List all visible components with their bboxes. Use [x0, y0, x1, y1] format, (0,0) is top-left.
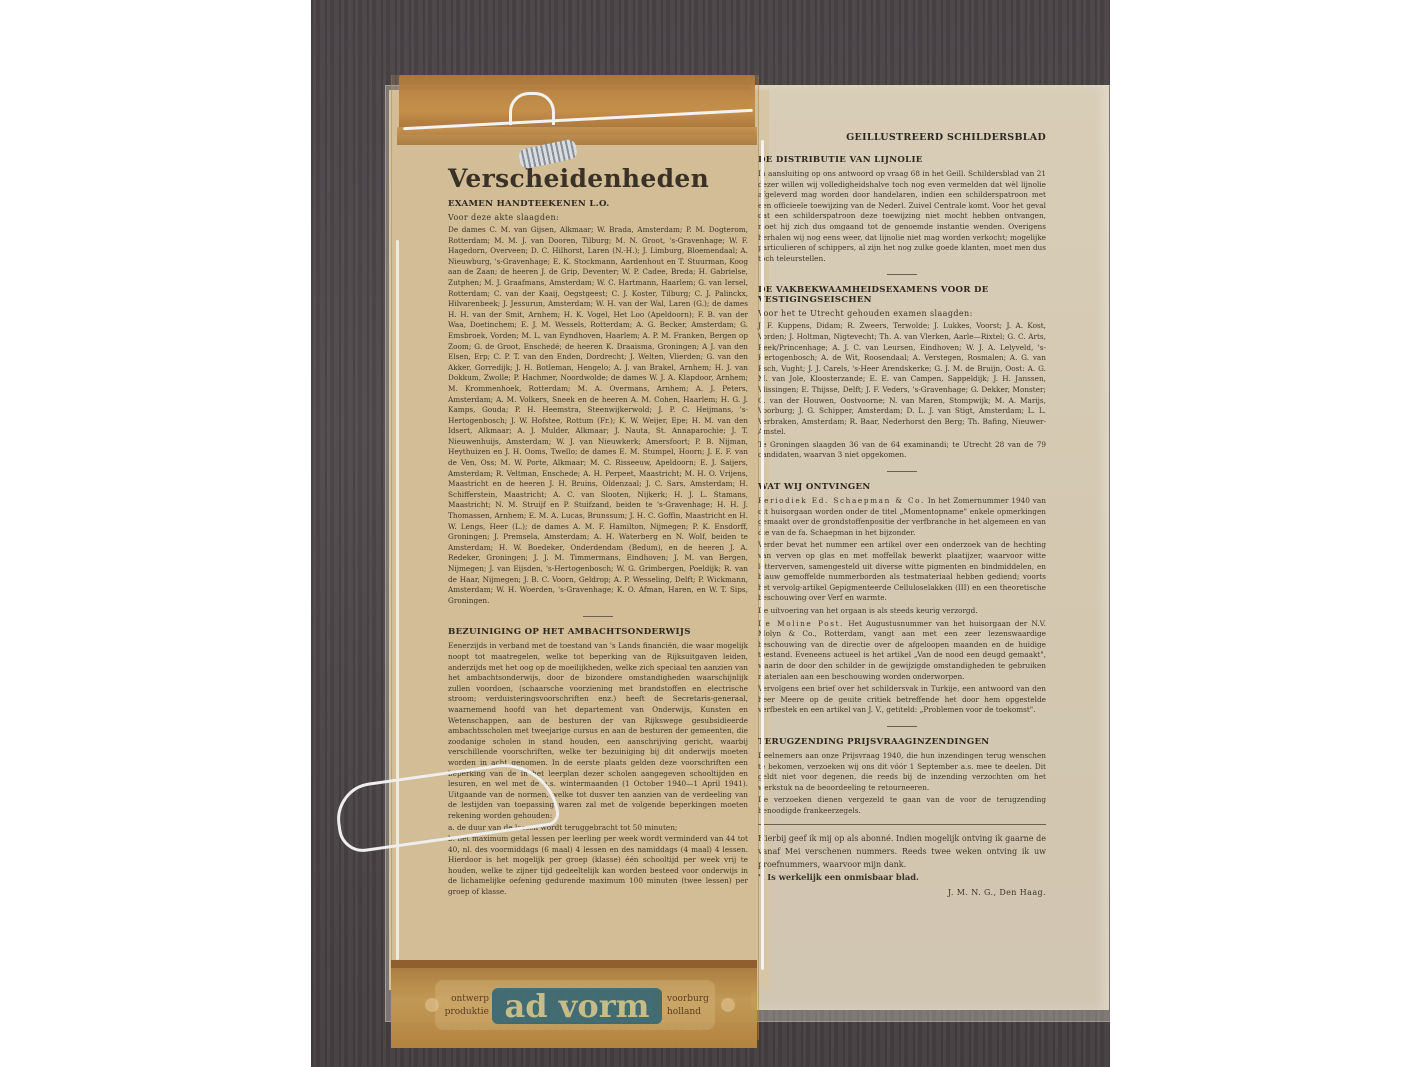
- page-title: Verscheidenheden: [448, 164, 748, 193]
- brand-logo: ad vorm: [492, 988, 662, 1024]
- section-heading-bezuiniging: BEZUINIGING OP HET AMBACHTSONDERWIJS: [448, 627, 748, 637]
- hanging-string-loop[interactable]: [509, 92, 555, 125]
- section-heading-terugzending: TERUGZENDING PRIJSVRAAGINZENDINGEN: [758, 737, 1046, 747]
- terugzending-para-1: Deelnemers aan onze Prijsvraag 1940, die…: [758, 751, 1046, 793]
- periodical-name: De Moline Post.: [758, 619, 844, 628]
- masthead: GEILLUSTREERD SCHILDERSBLAD: [758, 132, 1046, 143]
- section-heading-lijnolie: DE DISTRIBUTIE VAN LIJNOLIE: [758, 155, 1046, 165]
- periodical-name: Periodiek Ed. Schaepman & Co.: [758, 496, 925, 505]
- section-intro: Voor het te Utrecht gehouden examen slaa…: [758, 309, 1046, 318]
- vakbekwaamheid-footer: Te Groningen slaagden 36 van de 64 exami…: [758, 440, 1046, 461]
- brand-plate: ontwerp produktie ad vorm voorburg holla…: [435, 980, 715, 1030]
- section-heading-vakbekwaamheid: DE VAKBEKWAAMHEIDSEXAMENS VOOR DE VESTIG…: [758, 285, 1046, 305]
- testimonial-bold-line: 't Is werkelijk een onmisbaar blad.: [758, 871, 1046, 884]
- list-item: b. het maximum getal lessen per leerling…: [448, 834, 748, 898]
- ontvingen-para-2: Verder bevat het nummer een artikel over…: [758, 540, 1046, 604]
- holder-bottom-bar: ontwerp produktie ad vorm voorburg holla…: [391, 960, 757, 1048]
- ontvingen-para-5: Vervolgens een brief over het schildersv…: [758, 684, 1046, 716]
- rivet-icon: [721, 998, 735, 1012]
- section-intro: Voor deze akte slaagden:: [448, 213, 748, 222]
- terugzending-para-2: De verzoeken dienen vergezeld te gaan va…: [758, 795, 1046, 816]
- testimonial-text: Hierbij geef ik mij op als abonné. Indie…: [758, 832, 1046, 871]
- ontvingen-para-4: De Moline Post. Het Augustusnummer van h…: [758, 619, 1046, 683]
- brand-text-right: voorburg holland: [667, 993, 713, 1019]
- right-page-content: GEILLUSTREERD SCHILDERSBLAD DE DISTRIBUT…: [758, 132, 1046, 897]
- section-divider: [887, 726, 917, 727]
- photo: Verscheidenheden EXAMEN HANDTEEKENEN L.O…: [311, 0, 1110, 1067]
- hanging-string-left[interactable]: [396, 240, 399, 960]
- ontvingen-para-1: Periodiek Ed. Schaepman & Co. In het Zom…: [758, 496, 1046, 538]
- hanging-string-right[interactable]: [761, 140, 764, 970]
- testimonial-signature: J. M. N. G., Den Haag.: [758, 888, 1046, 897]
- holder-top-lip: [397, 127, 757, 145]
- ontvingen-para-3: De uitvoering van het orgaan is als stee…: [758, 606, 1046, 617]
- section-heading-ontvingen: WAT WIJ ONTVINGEN: [758, 482, 1046, 492]
- brand-text-left: ontwerp produktie: [443, 993, 489, 1019]
- section-divider: [887, 471, 917, 472]
- vakbekwaamheid-text: J. F. Kuppens, Didam; R. Zweers, Terwold…: [758, 321, 1046, 438]
- section-divider: [583, 616, 613, 617]
- section-divider-long: [758, 824, 1046, 825]
- section-heading-examen: EXAMEN HANDTEEKENEN L.O.: [448, 199, 748, 209]
- section-divider: [887, 274, 917, 275]
- lijnolie-text: In aansluiting op ons antwoord op vraag …: [758, 169, 1046, 264]
- exam-results-text: De dames C. M. van Gijsen, Alkmaar; W. B…: [448, 225, 748, 606]
